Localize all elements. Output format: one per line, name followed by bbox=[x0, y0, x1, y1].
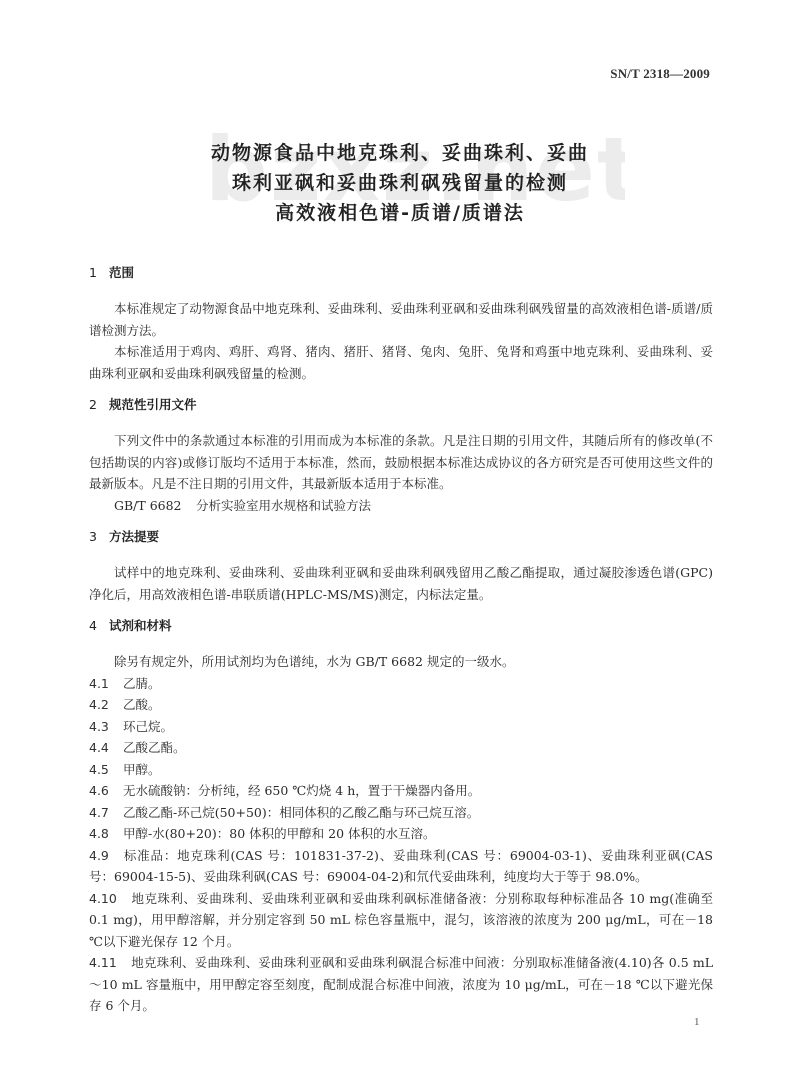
item-text: 地克珠利、妥曲珠利、妥曲珠利亚砜和妥曲珠利砜混合标准中间液：分别取标准储备液(4… bbox=[89, 955, 713, 1013]
item-text: 甲醇。 bbox=[123, 762, 161, 777]
section-heading-reagents: 4试剂和材料 bbox=[89, 615, 713, 637]
item-number: 4.3 bbox=[89, 716, 123, 738]
item-text: 无水硫酸钠：分析纯，经 650 ℃灼烧 4 h，置于干燥器内备用。 bbox=[123, 783, 480, 798]
paragraph: 下列文件中的条款通过本标准的引用而成为本标准的条款。凡是注日期的引用文件，其随后… bbox=[89, 430, 713, 495]
reference-title: 分析实验室用水规格和试验方法 bbox=[196, 498, 371, 513]
paragraph: 本标准规定了动物源食品中地克珠利、妥曲珠利、妥曲珠利亚砜和妥曲珠利砜残留量的高效… bbox=[89, 298, 713, 341]
list-item: 4.2乙酸。 bbox=[89, 694, 713, 716]
section-number: 1 bbox=[89, 262, 109, 284]
item-text: 乙酸乙酯。 bbox=[123, 740, 186, 755]
item-number: 4.8 bbox=[89, 823, 123, 845]
item-number: 4.2 bbox=[89, 694, 123, 716]
title-line: 高效液相色谱-质谱/质谱法 bbox=[0, 198, 800, 228]
section-title: 方法提要 bbox=[109, 529, 159, 544]
reference-entry: GB/T 6682分析实验室用水规格和试验方法 bbox=[89, 495, 713, 517]
item-text: 标准品：地克珠利(CAS 号：101831-37-2)、妥曲珠利(CAS 号：6… bbox=[89, 848, 713, 885]
item-number: 4.1 bbox=[89, 673, 123, 695]
item-text: 乙酸乙酯-环己烷(50+50)：相同体积的乙酸乙酯与环己烷互溶。 bbox=[123, 805, 479, 820]
section-heading-normative-references: 2规范性引用文件 bbox=[89, 394, 713, 416]
paragraph: 本标准适用于鸡肉、鸡肝、鸡肾、猪肉、猪肝、猪肾、兔肉、兔肝、兔肾和鸡蛋中地克珠利… bbox=[89, 341, 713, 384]
reference-code: GB/T 6682 bbox=[114, 495, 196, 517]
item-number: 4.6 bbox=[89, 780, 123, 802]
list-item: 4.11地克珠利、妥曲珠利、妥曲珠利亚砜和妥曲珠利砜混合标准中间液：分别取标准储… bbox=[89, 952, 713, 1017]
list-item: 4.6无水硫酸钠：分析纯，经 650 ℃灼烧 4 h，置于干燥器内备用。 bbox=[89, 780, 713, 802]
item-text: 甲醇-水(80+20)：80 体积的甲醇和 20 体积的水互溶。 bbox=[123, 826, 436, 841]
section-number: 3 bbox=[89, 526, 109, 548]
item-number: 4.4 bbox=[89, 737, 123, 759]
page-number: 1 bbox=[694, 1016, 700, 1028]
list-item: 4.7乙酸乙酯-环己烷(50+50)：相同体积的乙酸乙酯与环己烷互溶。 bbox=[89, 802, 713, 824]
list-item: 4.9标准品：地克珠利(CAS 号：101831-37-2)、妥曲珠利(CAS … bbox=[89, 845, 713, 888]
list-item: 4.4乙酸乙酯。 bbox=[89, 737, 713, 759]
section-heading-method-summary: 3方法提要 bbox=[89, 526, 713, 548]
item-text: 乙腈。 bbox=[123, 676, 161, 691]
section-heading-scope: 1范围 bbox=[89, 262, 713, 284]
list-item: 4.1乙腈。 bbox=[89, 673, 713, 695]
item-number: 4.9 bbox=[89, 845, 123, 867]
item-number: 4.11 bbox=[89, 952, 131, 974]
title-line: 珠利亚砜和妥曲珠利砜残留量的检测 bbox=[0, 168, 800, 198]
list-item: 4.10地克珠利、妥曲珠利、妥曲珠利亚砜和妥曲珠利砜标准储备液：分别称取每种标准… bbox=[89, 888, 713, 953]
section-title: 范围 bbox=[109, 265, 134, 280]
section-number: 4 bbox=[89, 615, 109, 637]
paragraph: 除另有规定外，所用试剂均为色谱纯，水为 GB/T 6682 规定的一级水。 bbox=[89, 651, 713, 673]
section-title: 试剂和材料 bbox=[109, 618, 172, 633]
list-item: 4.5甲醇。 bbox=[89, 759, 713, 781]
list-item: 4.8甲醇-水(80+20)：80 体积的甲醇和 20 体积的水互溶。 bbox=[89, 823, 713, 845]
item-number: 4.5 bbox=[89, 759, 123, 781]
document-body: 1范围 本标准规定了动物源食品中地克珠利、妥曲珠利、妥曲珠利亚砜和妥曲珠利砜残留… bbox=[89, 262, 713, 1017]
item-text: 环己烷。 bbox=[123, 719, 173, 734]
item-text: 地克珠利、妥曲珠利、妥曲珠利亚砜和妥曲珠利砜标准储备液：分别称取每种标准品各 1… bbox=[89, 891, 713, 949]
list-item: 4.3环己烷。 bbox=[89, 716, 713, 738]
document-title: 动物源食品中地克珠利、妥曲珠利、妥曲 珠利亚砜和妥曲珠利砜残留量的检测 高效液相… bbox=[0, 138, 800, 228]
section-number: 2 bbox=[89, 394, 109, 416]
item-text: 乙酸。 bbox=[123, 697, 161, 712]
item-number: 4.7 bbox=[89, 802, 123, 824]
paragraph: 试样中的地克珠利、妥曲珠利、妥曲珠利亚砜和妥曲珠利砜残留用乙酸乙酯提取，通过凝胶… bbox=[89, 562, 713, 605]
section-title: 规范性引用文件 bbox=[109, 397, 197, 412]
title-line: 动物源食品中地克珠利、妥曲珠利、妥曲 bbox=[0, 138, 800, 168]
item-number: 4.10 bbox=[89, 888, 131, 910]
standard-code: SN/T 2318—2009 bbox=[610, 66, 710, 82]
